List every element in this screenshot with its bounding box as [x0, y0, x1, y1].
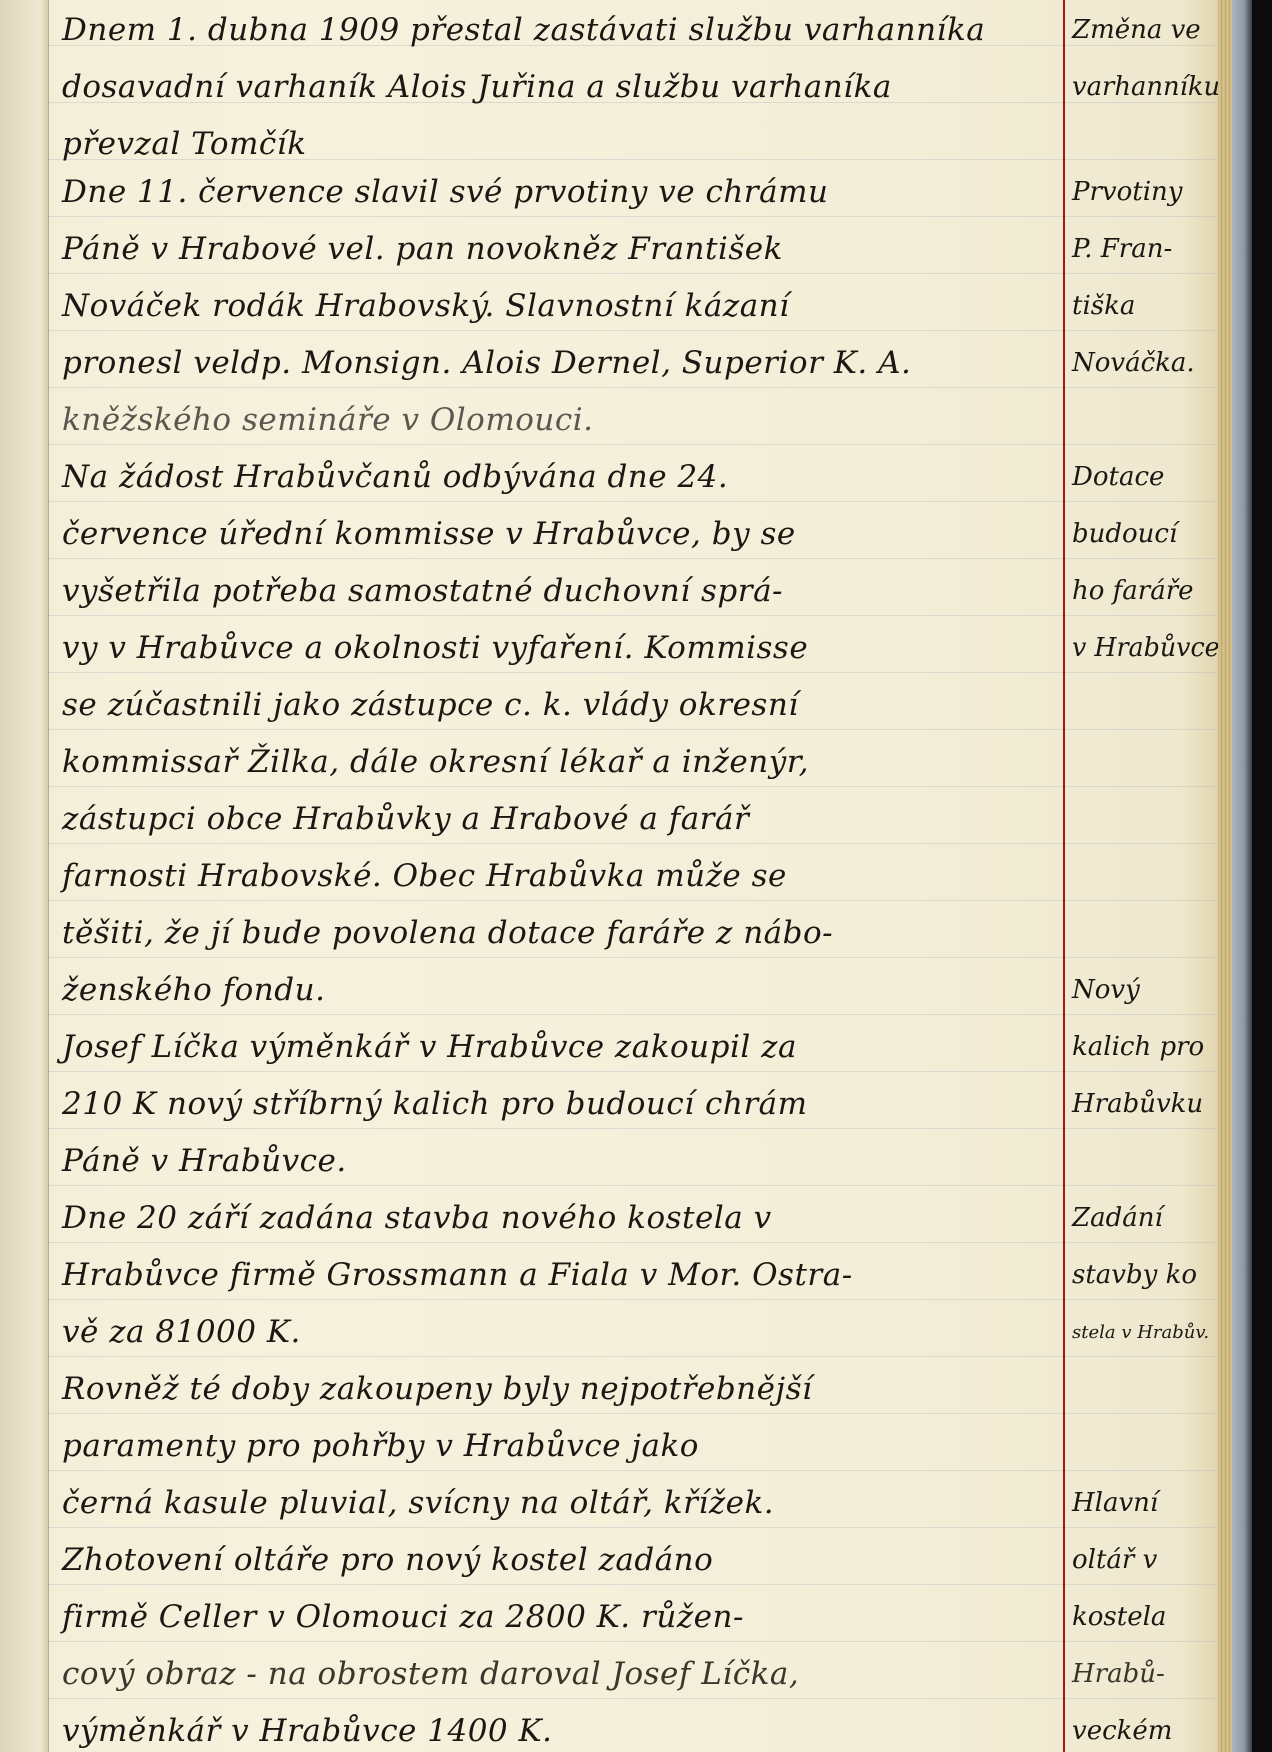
text-line: Páně v Hrabové vel. pan novokněz Františ…: [62, 221, 783, 278]
text-line: černá kasule pluvial, svícny na oltář, k…: [62, 1475, 774, 1532]
margin-note-line: Změna ve: [1072, 2, 1201, 59]
text-line: těšiti, že jí bude povolena dotace farář…: [62, 905, 833, 962]
text-line: cový obraz - na obrostem daroval Josef L…: [62, 1646, 799, 1703]
text-line: Dne 11. července slavil své prvotiny ve …: [62, 164, 828, 221]
text-line: Na žádost Hrabůvčanů odbývána dne 24.: [62, 449, 728, 506]
text-line: výměnkář v Hrabůvce 1400 K.: [62, 1703, 553, 1752]
book-cover-edge: [1232, 0, 1252, 1752]
text-line: kněžského semináře v Olomouci.: [62, 392, 594, 449]
text-line: firmě Celler v Olomouci za 2800 K. růžen…: [62, 1589, 744, 1646]
red-margin-line: [1063, 0, 1065, 1752]
text-line: ženského fondu.: [62, 962, 325, 1019]
margin-note-line: Hrabůvku: [1072, 1076, 1203, 1133]
margin-note-line: Prvotiny: [1072, 164, 1182, 221]
text-line: Nováček rodák Hrabovský. Slavnostní káza…: [62, 278, 790, 335]
text-line: Rovněž té doby zakoupeny byly nejpotřebn…: [62, 1361, 812, 1418]
text-line: vy v Hrabůvce a okolnosti vyfaření. Komm…: [62, 620, 808, 677]
text-line: zástupci obce Hrabůvky a Hrabové a farář: [62, 791, 749, 848]
margin-note-line: ho faráře: [1072, 563, 1194, 620]
margin-note-line: Nováčka.: [1072, 335, 1195, 392]
margin-note-line: tiška: [1072, 278, 1135, 335]
margin-note-line: kalich pro: [1072, 1019, 1204, 1076]
margin-note-line: oltář v: [1072, 1532, 1157, 1589]
margin-note-line: Hrabů-: [1072, 1646, 1165, 1703]
text-line: paramenty pro pohřby v Hrabůvce jako: [62, 1418, 699, 1475]
notebook-page: Dnem 1. dubna 1909 přestal zastávati slu…: [0, 0, 1232, 1752]
text-line: 210 K nový stříbrný kalich pro budoucí c…: [62, 1076, 808, 1133]
margin-note-line: stavby ko: [1072, 1247, 1197, 1304]
margin-note-line: Dotace: [1072, 449, 1164, 506]
page-edges: [1218, 0, 1232, 1752]
text-line: kommissař Žilka, dále okresní lékař a in…: [62, 734, 809, 791]
margin-note-line: veckém: [1072, 1703, 1172, 1752]
text-line: Hrabůvce firmě Grossmann a Fiala v Mor. …: [62, 1247, 853, 1304]
text-line: dosavadní varhaník Alois Juřina a službu…: [62, 59, 892, 116]
text-line: Zhotovení oltáře pro nový kostel zadáno: [62, 1532, 713, 1589]
margin-note-line: Zadání: [1072, 1190, 1163, 1247]
margin-note-line: varhanníku: [1072, 59, 1220, 116]
text-line: vyšetřila potřeba samostatné duchovní sp…: [62, 563, 783, 620]
text-line: farnosti Hrabovské. Obec Hrabůvka může s…: [62, 848, 787, 905]
text-line: Páně v Hrabůvce.: [62, 1133, 347, 1190]
margin-note-line: kostela: [1072, 1589, 1166, 1646]
margin-note-line: P. Fran-: [1072, 221, 1172, 278]
text-line: se zúčastnili jako zástupce c. k. vlády …: [62, 677, 799, 734]
text-line: vě za 81000 K.: [62, 1304, 301, 1361]
text-line: července úřední kommisse v Hrabůvce, by …: [62, 506, 796, 563]
margin-note-line: stela v Hrabův.: [1072, 1304, 1209, 1361]
text-line: Dne 20 září zadána stavba nového kostela…: [62, 1190, 772, 1247]
binding-shadow: [0, 0, 49, 1752]
text-line: pronesl veldp. Monsign. Alois Dernel, Su…: [62, 335, 911, 392]
text-line: Josef Líčka výměnkář v Hrabůvce zakoupil…: [62, 1019, 797, 1076]
margin-note-line: budoucí: [1072, 506, 1177, 563]
margin-note-line: Hlavní: [1072, 1475, 1158, 1532]
margin-note-line: v Hrabůvce: [1072, 620, 1220, 677]
margin-note-line: Nový: [1072, 962, 1140, 1019]
text-line: Dnem 1. dubna 1909 přestal zastávati slu…: [62, 2, 985, 59]
